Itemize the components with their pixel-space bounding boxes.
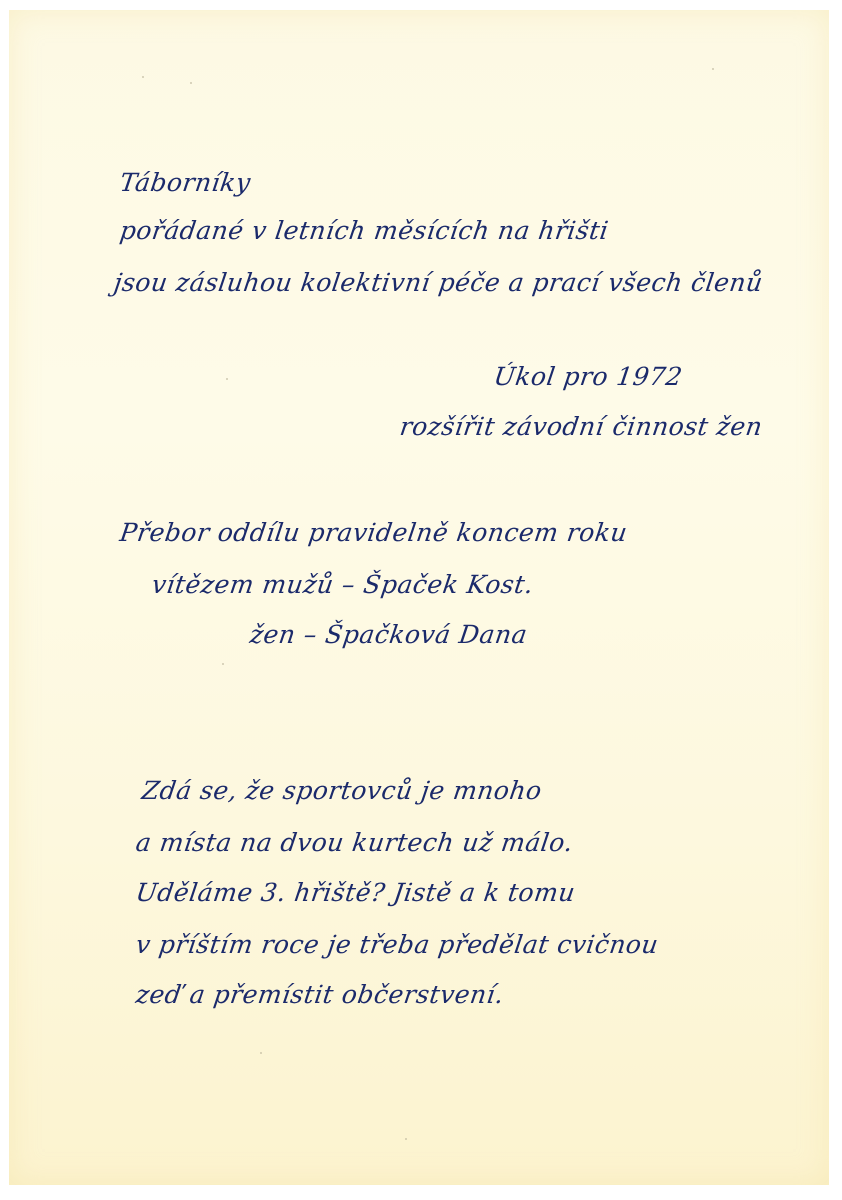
handwritten-line: Uděláme 3. hřiště? Jistě a k tomu	[134, 878, 577, 907]
handwritten-line: Přebor oddílu pravidelně koncem roku	[118, 518, 629, 547]
handwritten-line: a místa na dvou kurtech už málo.	[134, 828, 575, 857]
handwritten-line: Úkol pro 1972	[492, 362, 684, 391]
handwritten-line: jsou zásluhou kolektivní péče a prací vš…	[112, 268, 765, 297]
handwritten-line: zeď a přemístit občerstvení.	[134, 980, 506, 1009]
handwritten-line: Zdá se, že sportovců je mnoho	[140, 776, 544, 805]
handwritten-line: v příštím roce je třeba předělat cvičnou	[134, 930, 660, 959]
paper-speck	[712, 68, 714, 70]
paper-speck	[405, 1138, 407, 1140]
handwritten-line: Táborníky	[118, 168, 253, 197]
paper-speck	[142, 76, 144, 78]
paper-speck	[190, 82, 192, 84]
paper-speck	[226, 378, 228, 380]
handwritten-line: pořádané v letních měsících na hřišti	[118, 216, 611, 245]
handwritten-line: rozšířit závodní činnost žen	[398, 412, 764, 441]
paper-speck	[260, 1052, 262, 1054]
handwritten-line: žen – Špačková Dana	[248, 620, 529, 649]
paper-speck	[222, 663, 224, 665]
handwritten-line: vítězem mužů – Špaček Kost.	[150, 570, 535, 599]
